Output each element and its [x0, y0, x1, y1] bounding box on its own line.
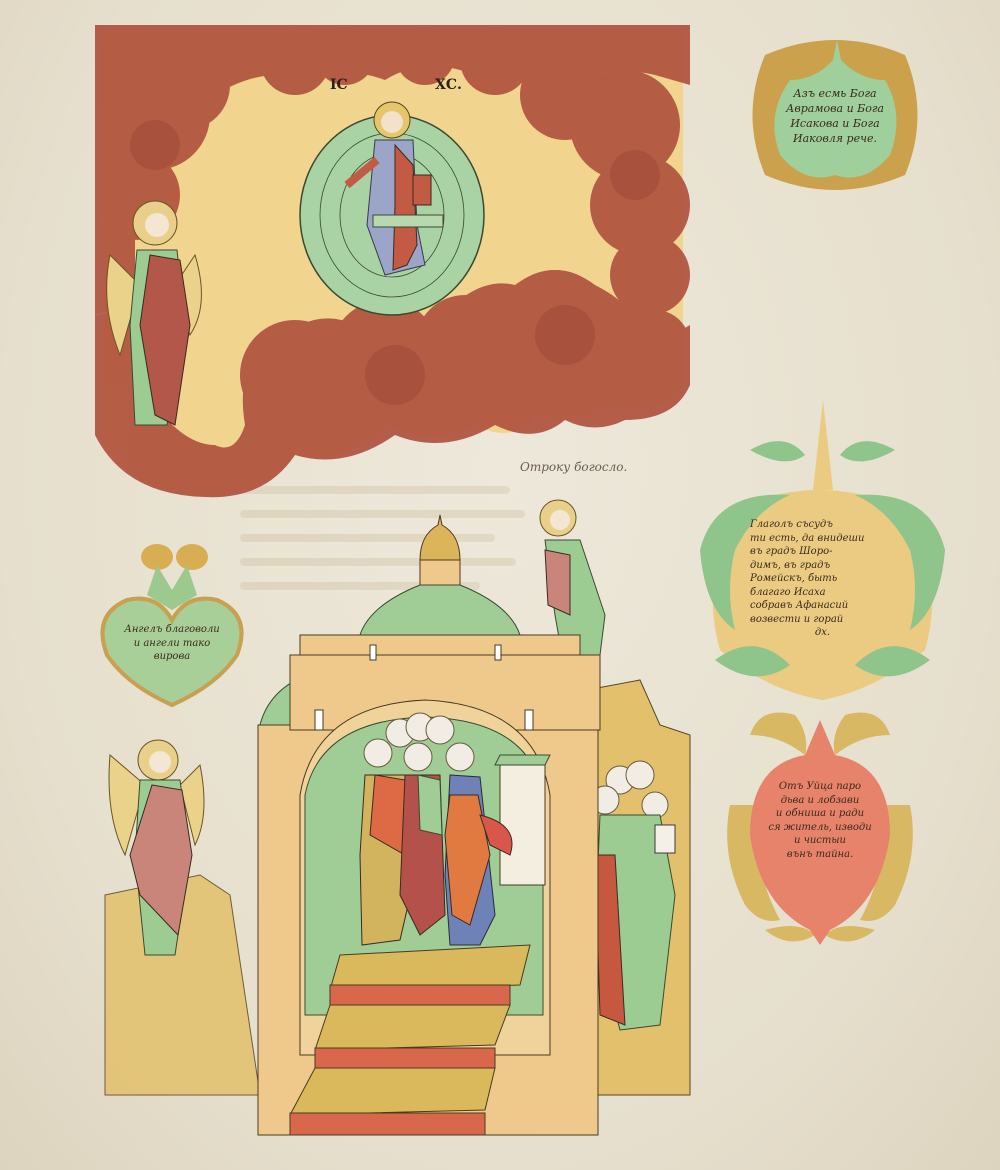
margin-note: Отроку богосло.	[520, 460, 627, 474]
cartouche-text: Отъ Уйца паро дьва и лобзави и обниша и …	[735, 780, 905, 861]
cartouche-top-right: Азъ есмь Бога Аврамова и Бога Исакова и …	[745, 35, 925, 195]
bottom-miniature	[100, 495, 700, 1140]
cartouche-right-bottom: Отъ Уйца паро дьва и лобзави и обниша и …	[720, 705, 920, 955]
cartouche-text: Азъ есмь Бога Аврамова и Бога Исакова и …	[745, 87, 925, 146]
cartouche-text: Глаголъ съсудъ ти есть, да внидеши въ гр…	[750, 518, 895, 640]
inscription-xc: ХС.	[435, 77, 462, 93]
cartouche-right-middle: Глаголъ съсудъ ти есть, да внидеши въ гр…	[695, 400, 950, 700]
top-miniature: IС ХС.	[95, 25, 690, 500]
manuscript-page: IС ХС. Отроку богосло. Азъ есмь Бога Авр…	[0, 0, 1000, 1170]
inscription-ic: IС	[330, 77, 348, 93]
